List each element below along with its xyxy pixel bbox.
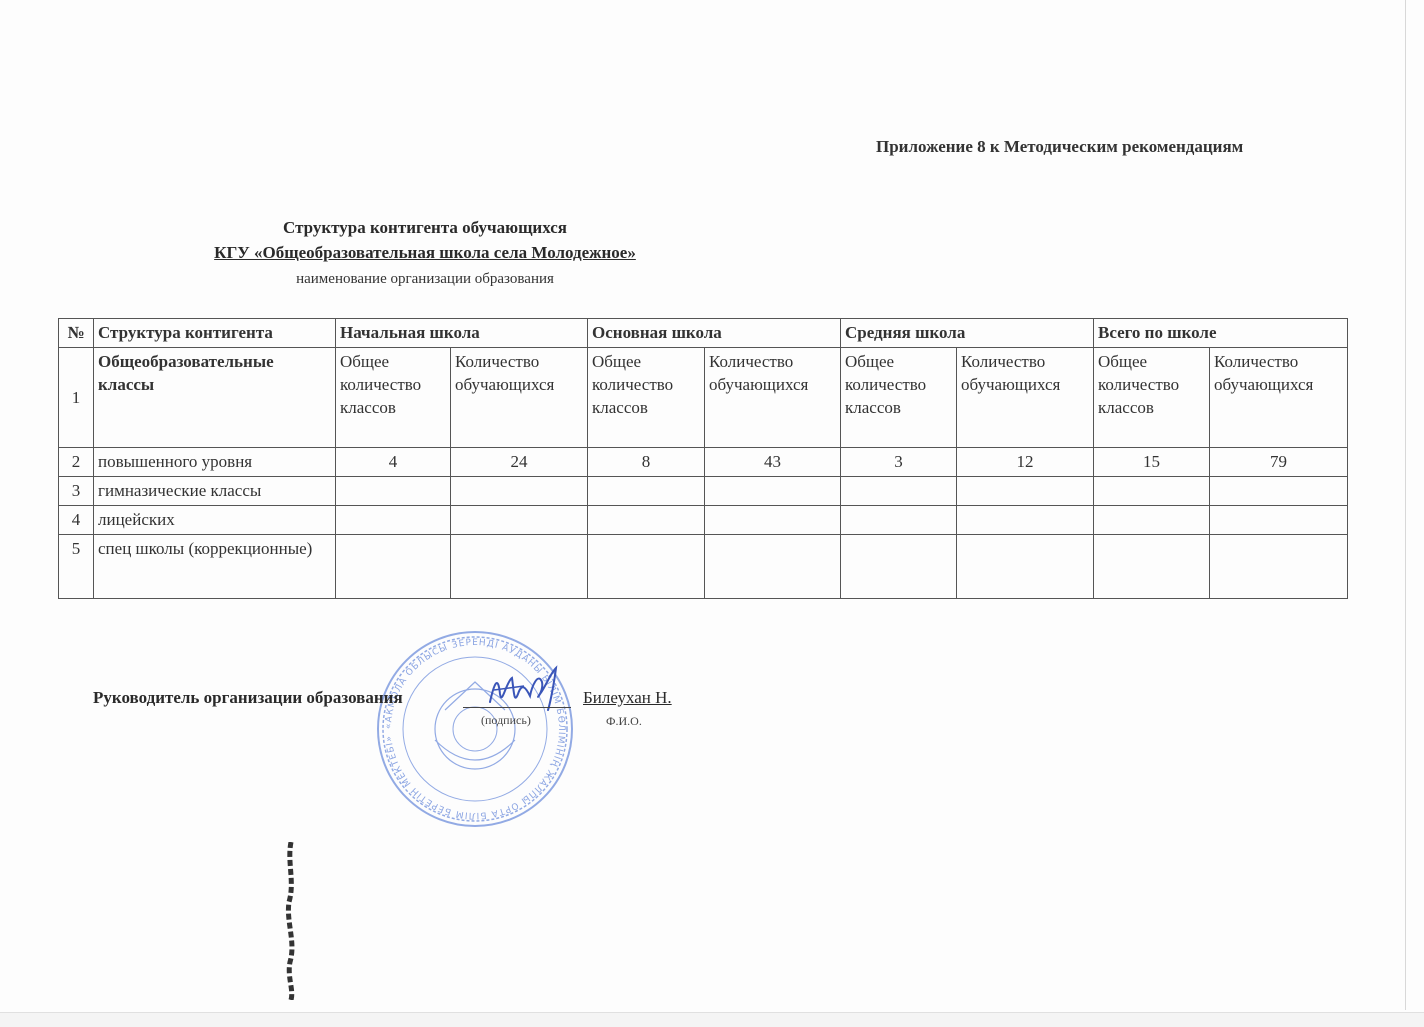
table-row: 4 лицейских (59, 506, 1348, 535)
cell: 43 (705, 448, 841, 477)
cell: 79 (1210, 448, 1348, 477)
cell (336, 477, 451, 506)
official-stamp-icon: «АКМОЛА ОБЛЫСЫ ЗЕРЕНДІ АУДАНЫ БІЛІМ БӨЛІ… (375, 630, 575, 828)
cell (957, 535, 1094, 599)
header-group-secondary: Средняя школа (841, 319, 1094, 348)
subheader-col: Общее количество классов (336, 348, 451, 448)
table-header-row: № Структура контигента Начальная школа О… (59, 319, 1348, 348)
cell (1094, 506, 1210, 535)
cell (336, 506, 451, 535)
row-num: 2 (59, 448, 94, 477)
cell: 15 (1094, 448, 1210, 477)
cell (705, 506, 841, 535)
cell (588, 477, 705, 506)
cell (451, 477, 588, 506)
signature-blank-line (463, 707, 571, 708)
cell (451, 535, 588, 599)
cell (841, 506, 957, 535)
page-bottom-margin (0, 1012, 1424, 1027)
header-group-total: Всего по школе (1094, 319, 1348, 348)
cell (957, 477, 1094, 506)
svg-text:«АКМОЛА ОБЛЫСЫ ЗЕРЕНДІ АУДАНЫ: «АКМОЛА ОБЛЫСЫ ЗЕРЕНДІ АУДАНЫ БІЛІМ БӨЛІ… (375, 630, 566, 820)
signatory-name: Билеухан Н. (583, 688, 672, 708)
cell (1094, 477, 1210, 506)
cell (1094, 535, 1210, 599)
page-edge (1405, 0, 1406, 1010)
row-label: лицейских (94, 506, 336, 535)
cell (1210, 535, 1348, 599)
organization-caption: наименование организации образования (0, 271, 1137, 288)
subheader-col: Количество обучающихся (451, 348, 588, 448)
row-num: 5 (59, 535, 94, 599)
cell (957, 506, 1094, 535)
header-group-primary: Начальная школа (336, 319, 588, 348)
subheader-col: Количество обучающихся (705, 348, 841, 448)
document-title: Структура контигента обучающихся (0, 218, 1137, 238)
cell (588, 506, 705, 535)
cell (336, 535, 451, 599)
table-row: 2 повышенного уровня 4 24 8 43 3 12 15 7… (59, 448, 1348, 477)
cell (1210, 477, 1348, 506)
row-num: 4 (59, 506, 94, 535)
cell (841, 477, 957, 506)
row-num: 3 (59, 477, 94, 506)
row-label: гимназические классы (94, 477, 336, 506)
cell (588, 535, 705, 599)
staple-mark-icon (284, 842, 298, 1000)
organization-name: КГУ «Общеобразовательная школа села Моло… (0, 243, 1137, 263)
signatory-label: Руководитель организации образования (93, 688, 403, 708)
table-subheader-row: 1 Общеобразовательные классы Общее колич… (59, 348, 1348, 448)
appendix-label: Приложение 8 к Методическим рекомендация… (876, 137, 1243, 157)
row-label: повышенного уровня (94, 448, 336, 477)
cell (451, 506, 588, 535)
cell: 12 (957, 448, 1094, 477)
table-row: 5 спец школы (коррекционные) (59, 535, 1348, 599)
cell: 8 (588, 448, 705, 477)
cell: 3 (841, 448, 957, 477)
contingent-table: № Структура контигента Начальная школа О… (58, 318, 1348, 599)
subheader-num: 1 (59, 348, 94, 448)
subheader-col: Общее количество классов (588, 348, 705, 448)
cell (705, 477, 841, 506)
subheader-structure: Общеобразовательные классы (94, 348, 336, 448)
cell (1210, 506, 1348, 535)
header-structure: Структура контигента (94, 319, 336, 348)
subheader-col: Общее количество классов (1094, 348, 1210, 448)
header-num: № (59, 319, 94, 348)
name-caption: Ф.И.О. (606, 714, 642, 729)
table-row: 3 гимназические классы (59, 477, 1348, 506)
subheader-col: Общее количество классов (841, 348, 957, 448)
header-group-basic: Основная школа (588, 319, 841, 348)
subheader-col: Количество обучающихся (957, 348, 1094, 448)
row-label: спец школы (коррекционные) (94, 535, 336, 599)
subheader-col: Количество обучающихся (1210, 348, 1348, 448)
cell (841, 535, 957, 599)
signature-caption: (подпись) (481, 713, 531, 728)
cell: 24 (451, 448, 588, 477)
cell: 4 (336, 448, 451, 477)
cell (705, 535, 841, 599)
